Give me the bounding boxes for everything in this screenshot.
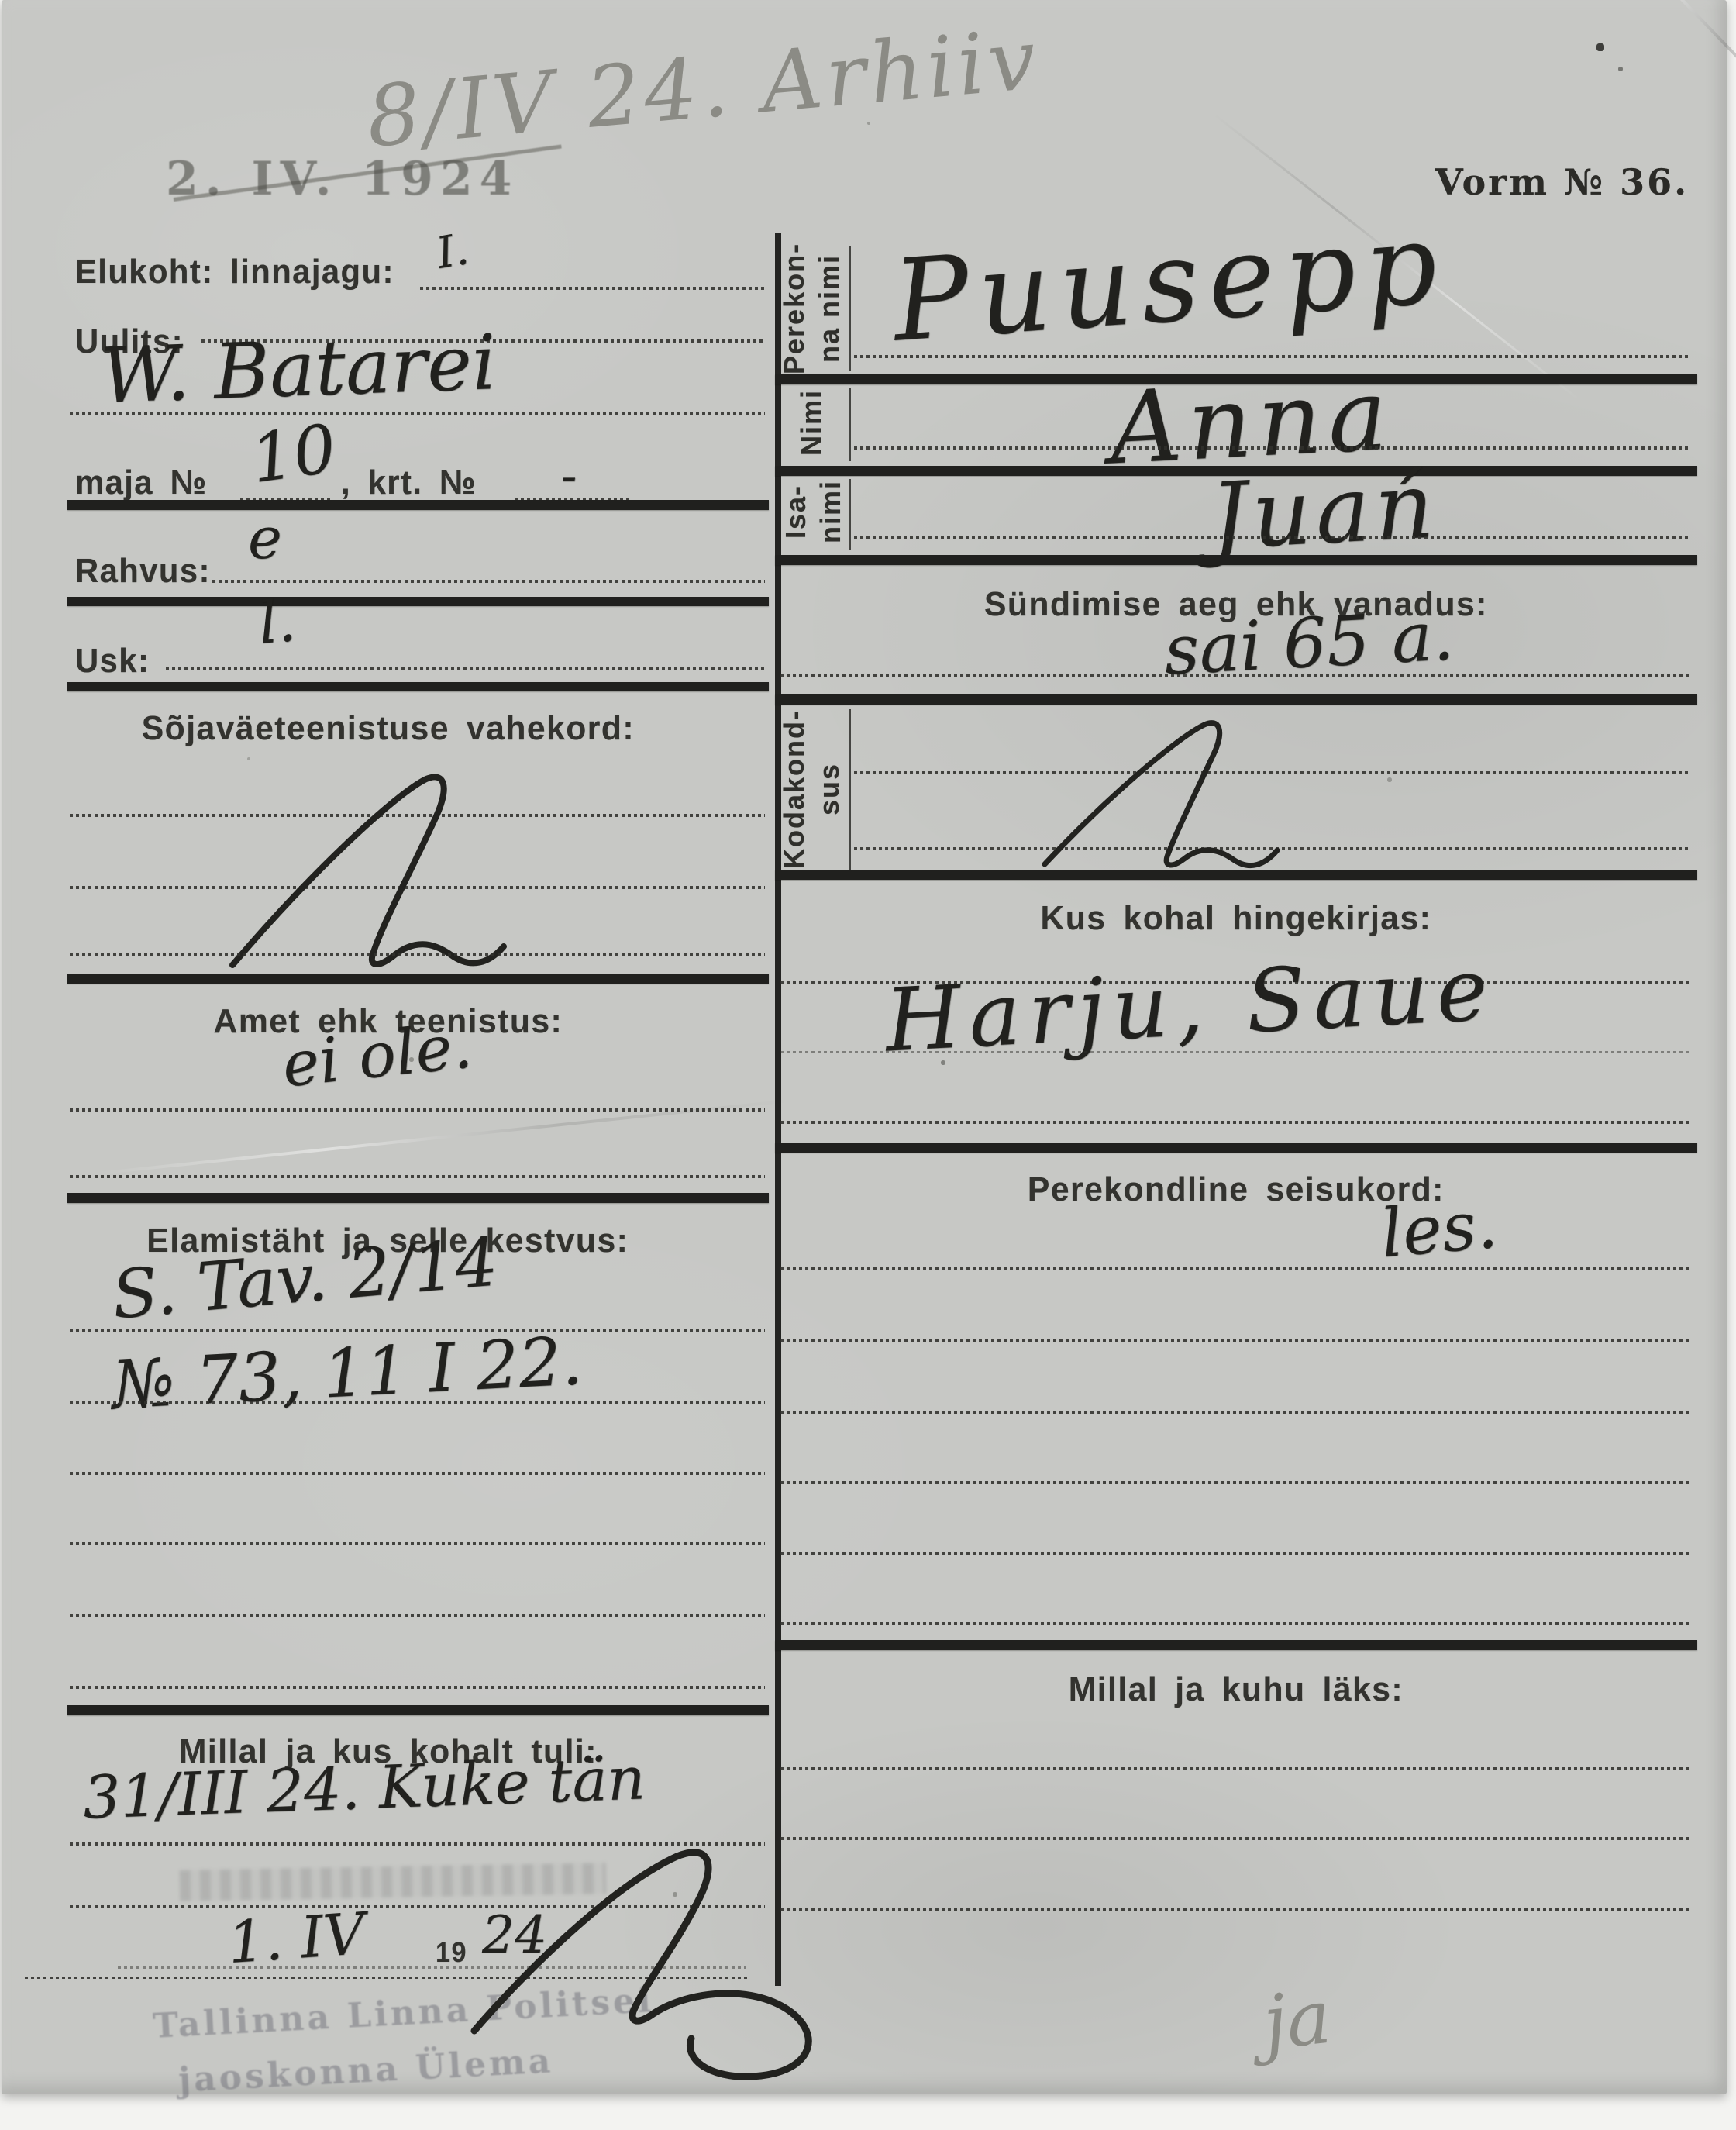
rule-heavy xyxy=(67,1705,769,1715)
residence-permit-entry-2: № 73, 11 I 22. xyxy=(110,1322,584,1425)
label-separator xyxy=(849,709,851,872)
rule-heavy xyxy=(67,500,769,510)
rule-heavy xyxy=(775,870,1697,880)
blank-line xyxy=(70,1686,765,1689)
military-service-mark xyxy=(219,771,544,973)
residence-district-entry: I. xyxy=(433,224,473,279)
scanned-form-page: 8/IV 24. Arhiiv 2. IV. 1924 Vorm № 36. E… xyxy=(2,0,1727,2094)
blank-line xyxy=(780,1622,1691,1625)
blank-line xyxy=(780,1339,1691,1342)
official-signature xyxy=(451,1845,854,2093)
fathername-label-line1: Isa- xyxy=(778,469,813,554)
parish-line-2 xyxy=(780,1051,1691,1053)
rule-heavy xyxy=(67,682,769,691)
parish-line-3 xyxy=(780,1121,1691,1124)
permit-line-2 xyxy=(70,1401,765,1404)
rule-heavy xyxy=(67,1193,769,1203)
blank-line xyxy=(780,1267,1691,1270)
blank-line xyxy=(780,1481,1691,1484)
family-status-label: Perekondline seisukord: xyxy=(808,1170,1665,1209)
blank-line xyxy=(70,1472,765,1475)
departure-line-1 xyxy=(780,1767,1691,1770)
rule-heavy xyxy=(775,1143,1697,1153)
house-number-entry: 10 xyxy=(246,410,341,498)
surname-label-line2: na nimi xyxy=(811,243,846,374)
rule-heavy xyxy=(67,597,769,606)
occupation-line-1 xyxy=(70,1108,765,1112)
corner-crease xyxy=(1585,0,1736,135)
fathername-label: Isa- nimi xyxy=(778,469,846,554)
citizenship-mark xyxy=(1032,717,1327,872)
citizenship-label: Kodakond- sus xyxy=(777,700,848,878)
label-separator xyxy=(849,479,851,550)
street-line-2 xyxy=(70,412,765,415)
surname-label: Perekon- na nimi xyxy=(777,243,851,374)
blank-line xyxy=(780,1552,1691,1555)
blank-line xyxy=(780,1411,1691,1414)
family-status-entry: les. xyxy=(1378,1186,1500,1274)
religion-line xyxy=(166,667,765,670)
residence-label: Elukoht: linnajagu: xyxy=(75,253,394,291)
surname-line xyxy=(854,355,1691,358)
date-stamp: 2. IV. 1924 xyxy=(166,152,518,206)
religion-label: Usk: xyxy=(75,642,150,681)
fathername-entry: Juań xyxy=(1208,451,1441,570)
rule-heavy xyxy=(775,694,1697,705)
residence-line xyxy=(420,287,765,290)
pencil-archive-note: 8/IV 24. Arhiiv xyxy=(363,11,1043,166)
departure-line-2 xyxy=(780,1837,1691,1840)
citizenship-label-line2: sus xyxy=(811,700,846,878)
firstname-line xyxy=(854,446,1691,450)
nationality-label: Rahvus: xyxy=(75,552,211,591)
military-line-3 xyxy=(70,953,765,956)
fathername-label-line2: nimi xyxy=(813,469,848,554)
rule-heavy xyxy=(67,974,769,984)
pencil-ja-note: ja xyxy=(1259,1973,1335,2066)
nationality-line xyxy=(212,580,765,583)
citizenship-label-line1: Kodakond- xyxy=(777,700,811,878)
occupation-line-2 xyxy=(70,1175,765,1178)
apartment-label: , krt. № xyxy=(341,464,477,502)
firstname-label-text: Nimi xyxy=(795,389,827,456)
rule-heavy xyxy=(775,555,1697,565)
parish-register-label: Kus kohal hingekirjas: xyxy=(808,899,1665,938)
label-separator xyxy=(849,388,851,461)
blank-line xyxy=(70,1542,765,1545)
religion-entry: l. xyxy=(256,588,298,657)
rule-heavy xyxy=(775,1640,1697,1650)
departure-label: Millal ja kuhu läks: xyxy=(808,1670,1665,1709)
military-service-label: Sõjaväeteenistuse vahekord: xyxy=(110,709,666,748)
apartment-entry: ‐ xyxy=(561,450,577,504)
paper-specks xyxy=(2,0,3,2)
house-label: maja № xyxy=(75,464,208,502)
surname-label-line1: Perekon- xyxy=(777,243,811,374)
form-number: Vorm № 36. xyxy=(1435,161,1689,203)
birthdate-line xyxy=(780,674,1691,677)
firstname-label: Nimi xyxy=(794,380,831,465)
nationality-entry: e xyxy=(248,505,282,572)
surname-entry: Puusepp xyxy=(889,198,1450,367)
label-separator xyxy=(849,246,851,371)
departure-line-3 xyxy=(780,1908,1691,1911)
street-entry: W. Batarei xyxy=(99,319,498,421)
fathername-line xyxy=(854,536,1691,539)
blank-line xyxy=(70,1614,765,1617)
